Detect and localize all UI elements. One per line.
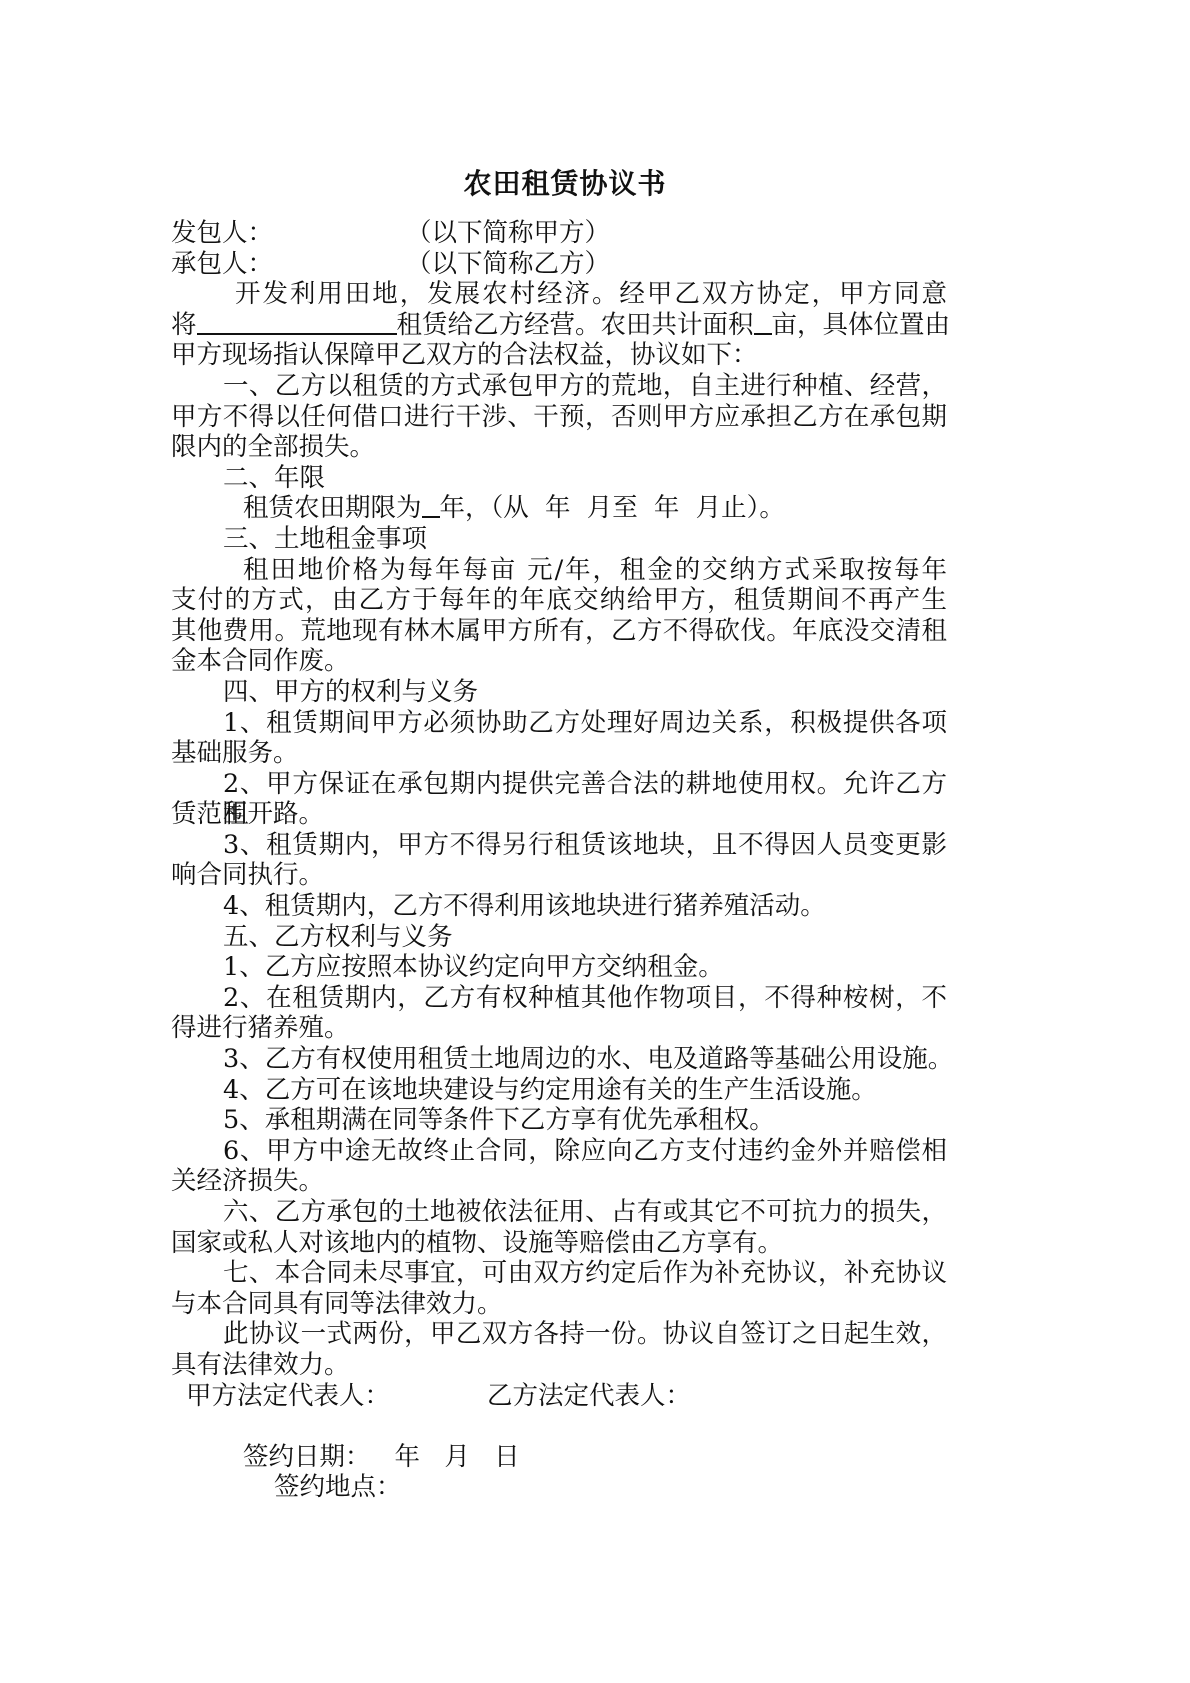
clause4-item-2-line-2: 赁范围开路。 [171,799,947,830]
signing-place-row: 签约地点： [171,1472,947,1503]
clause1-line-3: 限内的全部损失。 [171,432,947,463]
clause1-line-1: 一、乙方以租赁的方式承包甲方的荒地，自主进行种植、经营， [171,371,947,402]
party-b-label: 承包人： [171,249,273,279]
clause5-item-4-line-1: 4、乙方可在该地块建设与约定用途有关的生产生活设施。 [171,1075,947,1106]
clause2-text-b: 年，（从 年 月至 年 月止）。 [440,493,785,523]
intro-line-1: 开发利用田地，发展农村经济。经甲乙双方协定，甲方同意 [171,279,947,310]
signing-date-row: 签约日期：年 月 日 [171,1442,947,1473]
term-years-blank [422,494,440,518]
party-b-line: 承包人：（以下简称乙方） [171,249,947,280]
clause6-line-2: 国家或私人对该地内的植物、设施等赔偿由乙方享有。 [171,1228,947,1259]
clause4-item-1-line-2: 基础服务。 [171,738,947,769]
clause3-line-3: 其他费用。荒地现有林木属甲方所有，乙方不得砍伐。年底没交清租 [171,616,947,647]
clause4-heading: 四、甲方的权利与义务 [171,677,947,708]
clause3-line-2: 支付的方式，由乙方于每年的年底交纳给甲方，租赁期间不再产生 [171,585,947,616]
clause6-line-1: 六、乙方承包的土地被依法征用、占有或其它不可抗力的损失， [171,1197,947,1228]
party-b-note: （以下简称乙方） [406,249,610,279]
document-page: 农田租赁协议书 发包人：（以下简称甲方） 承包人：（以下简称乙方） 开发利用田地… [0,0,1190,1683]
clause3-line-1: 租田地价格为每年每亩 元/年，租金的交纳方式采取按每年 [171,555,947,586]
clause4-item-2-line-1: 2、甲方保证在承包期内提供完善合法的耕地使用权。允许乙方租 [171,769,947,800]
clause5-heading: 五、乙方权利与义务 [171,922,947,953]
intro-line-2: 将租赁给乙方经营。农田共计面积亩，具体位置由 [171,310,947,341]
party-a-rep-label: 甲方法定代表人： [186,1381,390,1411]
signing-date-label: 签约日期： [243,1442,371,1472]
closing-line-2: 具有法律效力。 [171,1350,947,1381]
clause3-line-4: 金本合同作废。 [171,646,947,677]
document-body: 发包人：（以下简称甲方） 承包人：（以下简称乙方） 开发利用田地，发展农村经济。… [171,218,947,1503]
clause4-item-4-line-1: 4、租赁期内，乙方不得利用该地块进行猪养殖活动。 [171,891,947,922]
signature-row: 甲方法定代表人：乙方法定代表人： [171,1381,947,1412]
clause7-line-1: 七、本合同未尽事宜，可由双方约定后作为补充协议，补充协议 [171,1258,947,1289]
clause2-text-a: 租赁农田期限为 [243,493,422,523]
clause5-item-2-line-1: 2、在租赁期内，乙方有权种植其他作物项目，不得种桉树，不 [171,983,947,1014]
land-location-blank [197,311,397,335]
party-a-line: 发包人：（以下简称甲方） [171,218,947,249]
party-a-label: 发包人： [171,218,273,248]
intro-line-3: 甲方现场指认保障甲乙双方的合法权益，协议如下： [171,340,947,371]
intro-text: 将 [171,310,197,340]
party-b-rep-label: 乙方法定代表人： [487,1381,691,1411]
clause5-item-6-line-1: 6、甲方中途无故终止合同，除应向乙方支付违约金外并赔偿相 [171,1136,947,1167]
clause3-heading: 三、土地租金事项 [171,524,947,555]
signing-place-label: 签约地点： [274,1472,402,1502]
clause5-item-2-line-2: 得进行猪养殖。 [171,1013,947,1044]
clause4-item-3-line-1: 3、租赁期内，甲方不得另行租赁该地块，且不得因人员变更影 [171,830,947,861]
clause5-item-6-line-2: 关经济损失。 [171,1166,947,1197]
clause1-line-2: 甲方不得以任何借口进行干涉、干预，否则甲方应承担乙方在承包期 [171,402,947,433]
clause4-item-1-line-1: 1、租赁期间甲方必须协助乙方处理好周边关系，积极提供各项 [171,708,947,739]
clause4-item-3-line-2: 响合同执行。 [171,860,947,891]
clause2-heading: 二、年限 [171,463,947,494]
blank-line [171,1411,947,1442]
clause7-line-2: 与本合同具有同等法律效力。 [171,1289,947,1320]
document-title: 农田租赁协议书 [0,166,1130,202]
clause2-text: 租赁农田期限为年，（从 年 月至 年 月止）。 [171,493,947,524]
party-a-note: （以下简称甲方） [406,218,610,248]
clause5-item-5-line-1: 5、承租期满在同等条件下乙方享有优先承租权。 [171,1105,947,1136]
clause5-item-1-line-1: 1、乙方应按照本协议约定向甲方交纳租金。 [171,952,947,983]
intro-text: 租赁给乙方经营。农田共计面积 [397,310,754,340]
signing-date-value: 年 月 日 [395,1442,520,1472]
closing-line-1: 此协议一式两份，甲乙双方各持一份。协议自签订之日起生效， [171,1319,947,1350]
intro-text: 亩，具体位置由 [772,310,951,340]
clause5-item-3-line-1: 3、乙方有权使用租赁土地周边的水、电及道路等基础公用设施。 [171,1044,947,1075]
area-blank [754,311,772,335]
